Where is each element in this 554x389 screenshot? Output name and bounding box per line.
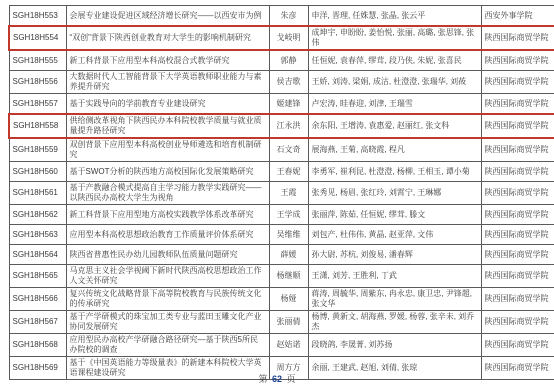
project-members-cell: 李勇军, 崔利昆, 杜澄澄, 杨柳, 王相玉, 谭小菊 — [308, 162, 481, 182]
project-title-cell: 大数据时代人工智能背景下大学英语教师职业能力与素养提升研究 — [66, 71, 269, 94]
project-institution-cell: 陕西国际商贸学院 — [481, 50, 554, 71]
project-institution-cell: 陕西国际商贸学院 — [481, 114, 554, 138]
project-id-cell: SGH18H558 — [9, 114, 66, 138]
project-title-cell: 应用型民办高校产学研融合路径研究—基于陕西5所民办院校的调查 — [66, 334, 269, 357]
project-title-cell: 基于产学研模式的珠宝加工类专业与蓝田玉雕文化产业协同发展研究 — [66, 311, 269, 334]
table-row: SGH18H556 大数据时代人工智能背景下大学英语教师职业能力与素养提升研究 … — [9, 71, 554, 94]
page-footer: 第 62 页 — [0, 372, 554, 385]
project-members-cell: 任恒妮, 袁春萍, 缪茸, 段乃侠, 朱妮, 张喜民 — [308, 50, 481, 71]
project-id-cell: SGH18H567 — [9, 311, 66, 334]
project-title-cell: 新工科背景下应用型本科高校混合式教学研究 — [66, 50, 269, 71]
table-row: SGH18H562 新工科背景下应用型地方高校实践教学体系改革研究 王学成 张丽… — [9, 205, 554, 225]
project-id-cell: SGH18H564 — [9, 245, 66, 265]
project-title-cell: “双创”背景下陕西创业教育对大学生的影响机制研究 — [66, 26, 269, 50]
project-title-cell: 基于实践导向的学前教育专业建设研究 — [66, 94, 269, 115]
project-institution-cell: 陕西国际商贸学院 — [481, 182, 554, 205]
project-institution-cell: 陕西国际商贸学院 — [481, 205, 554, 225]
project-title-cell: 马克思主义社会学视阈下新时代陕西高校思想政治工作人文关怀研究 — [66, 265, 269, 288]
projects-table-body: SGH18H553 会展专业建设促进区域经济增长研究——以西安市为例 朱彦 申洋… — [9, 6, 554, 380]
project-members-cell: 成坤宇, 申盼盼, 姜怡悦, 张丽, 高璐, 张思锋, 张伟 — [308, 26, 481, 50]
project-institution-cell: 陕西国际商贸学院 — [481, 26, 554, 50]
table-row: SGH18H565 马克思主义社会学视阈下新时代陕西高校思想政治工作人文关怀研究… — [9, 265, 554, 288]
page-footer-suffix: 页 — [287, 374, 296, 384]
project-leader-cell: 杨娅 — [269, 288, 308, 311]
project-leader-cell: 张丽倩 — [269, 311, 308, 334]
project-institution-cell: 陕西国际商贸学院 — [481, 265, 554, 288]
project-institution-cell: 陕西国际商贸学院 — [481, 138, 554, 162]
project-id-cell: SGH18H553 — [9, 6, 66, 27]
project-title-cell: 双创背景下应用型本科高校创业导师遴选和培育机制研究 — [66, 138, 269, 162]
page-footer-prefix: 第 — [258, 374, 267, 384]
project-institution-cell: 陕西国际商贸学院 — [481, 94, 554, 115]
table-row: SGH18H567 基于产学研模式的珠宝加工类专业与蓝田玉雕文化产业协同发展研究… — [9, 311, 554, 334]
project-title-cell: 新工科背景下应用型地方高校实践教学体系改革研究 — [66, 205, 269, 225]
project-institution-cell: 陕西国际商贸学院 — [481, 225, 554, 245]
projects-table: SGH18H553 会展专业建设促进区域经济增长研究——以西安市为例 朱彦 申洋… — [8, 5, 554, 380]
project-id-cell: SGH18H566 — [9, 288, 66, 311]
project-leader-cell: 王春妮 — [269, 162, 308, 182]
table-row: SGH18H555 新工科背景下应用型本科高校混合式教学研究 郭静 任恒妮, 袁… — [9, 50, 554, 71]
table-row: SGH18H561 基于产教融合模式提高自主学习能力教学实践研究——以陕西民办高… — [9, 182, 554, 205]
project-leader-cell: 王学成 — [269, 205, 308, 225]
project-members-cell: 卢宏涛, 眭春迎, 刘津, 王瑞雪 — [308, 94, 481, 115]
project-leader-cell: 薛媛 — [269, 245, 308, 265]
project-id-cell: SGH18H557 — [9, 94, 66, 115]
table-row: SGH18H553 会展专业建设促进区域经济增长研究——以西安市为例 朱彦 申洋… — [9, 6, 554, 27]
project-institution-cell: 陕西国际商贸学院 — [481, 334, 554, 357]
project-members-cell: 蒋涛, 周毓华, 周紫东, 冉永忠, 康卫忠, 尹锋超, 张文华 — [308, 288, 481, 311]
project-institution-cell: 陕西国际商贸学院 — [481, 71, 554, 94]
table-row: SGH18H564 陕西省普惠性民办幼儿园教师队伍质量问题研究 薛媛 孙大尉, … — [9, 245, 554, 265]
table-row: SGH18H563 应用型本科高校思想政治教育工作质量评价体系研究 吴维维 刘包… — [9, 225, 554, 245]
project-members-cell: 杨博, 黄新文, 胡海燕, 罗媛, 杨蓉, 张辛未, 刘乔杰 — [308, 311, 481, 334]
project-members-cell: 孙大尉, 苏杭, 刘俊易, 潘春辉 — [308, 245, 481, 265]
project-title-cell: 供给侧改革视角下陕西民办本科院校教学质量与就业质量提升路径研究 — [66, 114, 269, 138]
project-institution-cell: 陕西国际商贸学院 — [481, 288, 554, 311]
project-institution-cell: 陕西国际商贸学院 — [481, 245, 554, 265]
project-members-cell: 张秀见, 杨眉, 张红玲, 刘霄宁, 王琳娜 — [308, 182, 481, 205]
project-leader-cell: 江永洪 — [269, 114, 308, 138]
project-members-cell: 申洋, 晋理, 任姝慧, 张晶, 张云平 — [308, 6, 481, 27]
project-title-cell: 应用型本科高校思想政治教育工作质量评价体系研究 — [66, 225, 269, 245]
project-leader-cell: 姬建锋 — [269, 94, 308, 115]
project-id-cell: SGH18H565 — [9, 265, 66, 288]
project-leader-cell: 杨继顺 — [269, 265, 308, 288]
table-row: SGH18H568 应用型民办高校产学研融合路径研究—基于陕西5所民办院校的调查… — [9, 334, 554, 357]
project-leader-cell: 侯吉歌 — [269, 71, 308, 94]
project-title-cell: 基于SWOT分析的陕西地方高校国际化发展策略研究 — [66, 162, 269, 182]
project-members-cell: 王潇, 刘芳, 王胜利, 丁武 — [308, 265, 481, 288]
project-leader-cell: 石文奇 — [269, 138, 308, 162]
project-members-cell: 王娇, 刘涛, 梁娟, 成沽, 杜澄澄, 张瑞华, 刘莜 — [308, 71, 481, 94]
project-leader-cell: 赵姞诺 — [269, 334, 308, 357]
project-id-cell: SGH18H559 — [9, 138, 66, 162]
project-id-cell: SGH18H560 — [9, 162, 66, 182]
table-row: SGH18H558 供给侧改革视角下陕西民办本科院校教学质量与就业质量提升路径研… — [9, 114, 554, 138]
document-page: SGH18H553 会展专业建设促进区域经济增长研究——以西安市为例 朱彦 申洋… — [0, 0, 554, 389]
project-id-cell: SGH18H556 — [9, 71, 66, 94]
project-title-cell: 会展专业建设促进区域经济增长研究——以西安市为例 — [66, 6, 269, 27]
project-members-cell: 张丽萍, 陈茹, 任恒妮, 缪茸, 滕文 — [308, 205, 481, 225]
project-institution-cell: 陕西国际商贸学院 — [481, 311, 554, 334]
project-leader-cell: 朱彦 — [269, 6, 308, 27]
project-id-cell: SGH18H555 — [9, 50, 66, 71]
table-row: SGH18H566 复兴传统文化战略背景下高等院校教育与民族传统文化的传承研究 … — [9, 288, 554, 311]
project-members-cell: 展海燕, 王菊, 高晓霞, 程凡 — [308, 138, 481, 162]
project-leader-cell: 郭静 — [269, 50, 308, 71]
project-institution-cell: 西安外事学院 — [481, 6, 554, 27]
project-title-cell: 陕西省普惠性民办幼儿园教师队伍质量问题研究 — [66, 245, 269, 265]
project-members-cell: 余东阳, 王增涛, 袁惠爱, 赵丽红, 张文科 — [308, 114, 481, 138]
project-id-cell: SGH18H562 — [9, 205, 66, 225]
project-members-cell: 刘包产, 杜伟伟, 黄晶, 赵亚萍, 文伟 — [308, 225, 481, 245]
project-leader-cell: 戈岐明 — [269, 26, 308, 50]
project-title-cell: 复兴传统文化战略背景下高等院校教育与民族传统文化的传承研究 — [66, 288, 269, 311]
project-members-cell: 段晓鸽, 李晟菁, 刘苏扬 — [308, 334, 481, 357]
project-id-cell: SGH18H561 — [9, 182, 66, 205]
project-id-cell: SGH18H568 — [9, 334, 66, 357]
table-row: SGH18H557 基于实践导向的学前教育专业建设研究 姬建锋 卢宏涛, 眭春迎… — [9, 94, 554, 115]
table-row: SGH18H559 双创背景下应用型本科高校创业导师遴选和培育机制研究 石文奇 … — [9, 138, 554, 162]
project-id-cell: SGH18H554 — [9, 26, 66, 50]
project-id-cell: SGH18H563 — [9, 225, 66, 245]
table-row: SGH18H560 基于SWOT分析的陕西地方高校国际化发展策略研究 王春妮 李… — [9, 162, 554, 182]
page-number: 62 — [270, 374, 284, 384]
project-leader-cell: 王霞 — [269, 182, 308, 205]
project-title-cell: 基于产教融合模式提高自主学习能力教学实践研究——以陕西民办高校大学生为视角 — [66, 182, 269, 205]
project-institution-cell: 陕西国际商贸学院 — [481, 162, 554, 182]
table-row: SGH18H554 “双创”背景下陕西创业教育对大学生的影响机制研究 戈岐明 成… — [9, 26, 554, 50]
project-leader-cell: 吴维维 — [269, 225, 308, 245]
